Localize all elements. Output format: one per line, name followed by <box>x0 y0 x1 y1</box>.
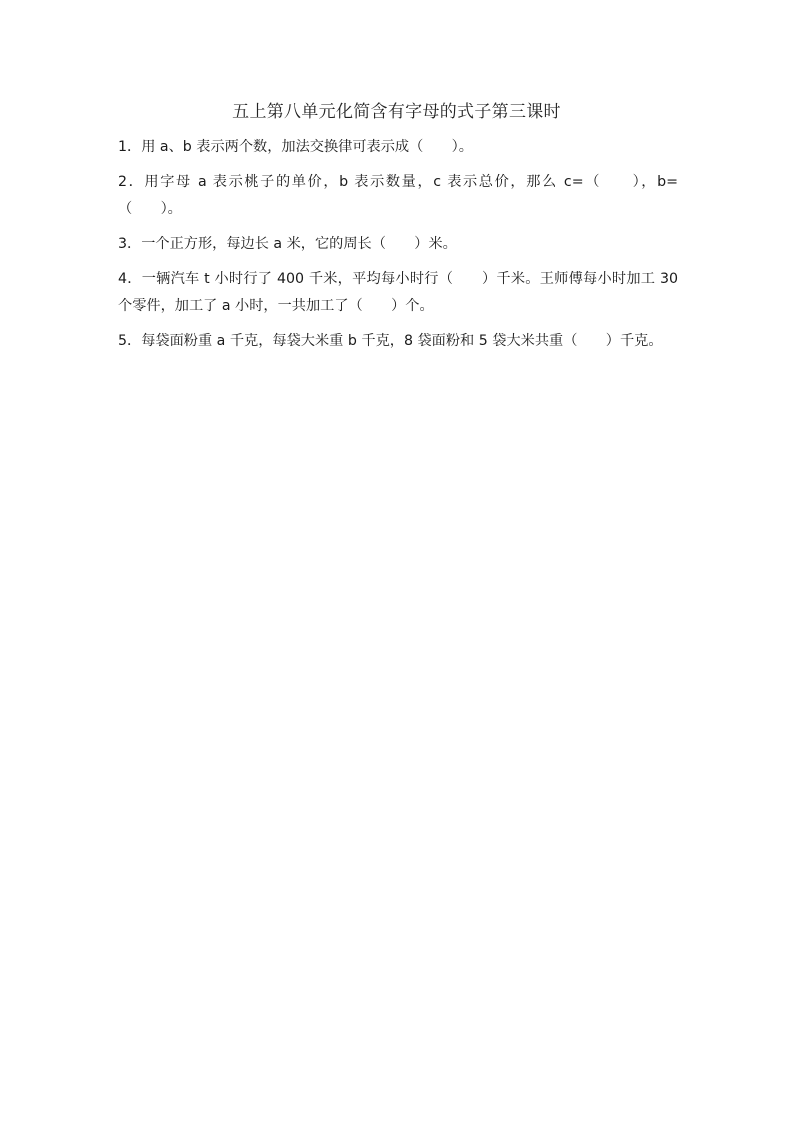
document-title: 五上第八单元化简含有字母的式子第三课时 <box>0 97 793 122</box>
question-2: 2．用字母 a 表示桃子的单价，b 表示数量，c 表示总价，那么 c=（ ），b… <box>118 169 678 223</box>
question-5: 5．每袋面粉重 a 千克，每袋大米重 b 千克，8 袋面粉和 5 袋大米共重（ … <box>118 328 678 355</box>
document-page: 五上第八单元化简含有字母的式子第三课时 1．用 a、b 表示两个数，加法交换律可… <box>0 0 793 1122</box>
question-list: 1．用 a、b 表示两个数，加法交换律可表示成（ ）。 2．用字母 a 表示桃子… <box>118 134 678 363</box>
question-4: 4．一辆汽车 t 小时行了 400 千米，平均每小时行（ ）千米。王师傅每小时加… <box>118 266 678 320</box>
question-3: 3．一个正方形，每边长 a 米，它的周长（ ）米。 <box>118 231 678 258</box>
question-1: 1．用 a、b 表示两个数，加法交换律可表示成（ ）。 <box>118 134 678 161</box>
